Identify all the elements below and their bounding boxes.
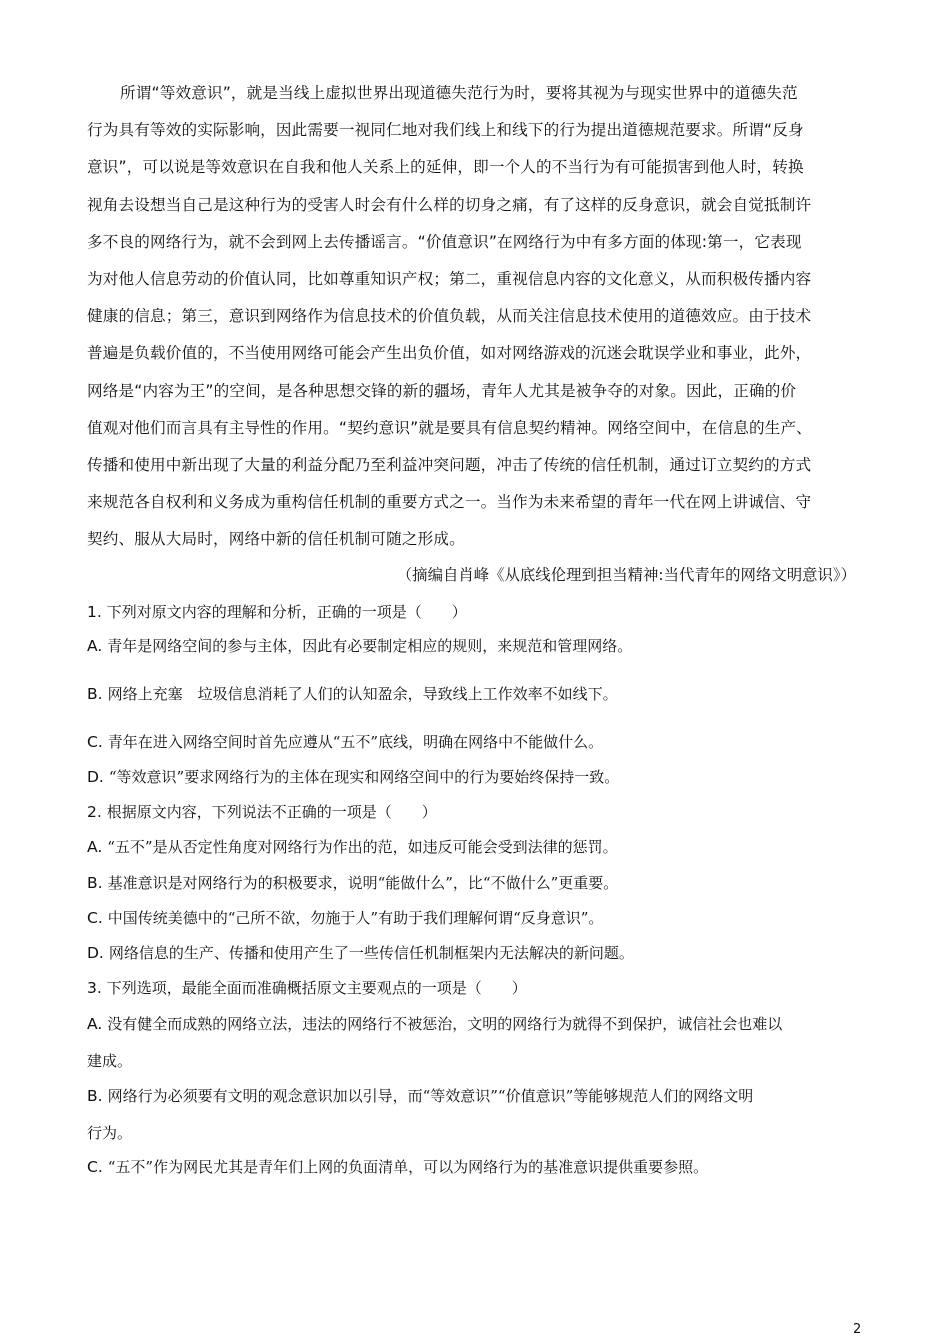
question-3-option-b-continued: 行为。 bbox=[87, 1121, 132, 1145]
question-1-option-b: B.网络上充塞 垃圾信息消耗了人们的认知盈余，导致线上工作效率不如线下。 bbox=[87, 682, 618, 706]
option-text: 网络信息的生产、传播和使用产生了一些传信任机制框架内无法解决的新问题。 bbox=[109, 944, 634, 962]
question-3-option-b: B.网络行为必须要有文明的观念意识加以引导，而“等效意识”“价值意识”等能够规范… bbox=[87, 1084, 753, 1108]
option-text: 没有健全而成熟的网络立法，违法的网络行不被惩治，文明的网络行为就得不到保护，诚信… bbox=[107, 1015, 782, 1033]
passage-line: 健康的信息；第三，意识到网络作为信息技术的价值负载，从而关注信息技术使用的道德效… bbox=[87, 298, 862, 335]
option-text: 基准意识是对网络行为的积极要求，说明“能做什么”，比“不做什么”更重要。 bbox=[108, 874, 619, 892]
passage-line: 所谓“等效意识”，就是当线上虚拟世界出现道德失范行为时，要将其视为与现实世界中的… bbox=[87, 75, 862, 112]
question-text: 根据原文内容，下列说法不正确的一项是（ ） bbox=[107, 803, 437, 821]
passage-line: 普遍是负载价值的，不当使用网络可能会产生出负价值，如对网络游戏的沉迷会耽误学业和… bbox=[87, 335, 862, 372]
reading-passage: 所谓“等效意识”，就是当线上虚拟世界出现道德失范行为时，要将其视为与现实世界中的… bbox=[87, 75, 862, 558]
option-label: C. bbox=[87, 1158, 103, 1176]
option-text: 中国传统美德中的“己所不欲，勿施于人”有助于我们理解何谓“反身意识”。 bbox=[108, 909, 604, 927]
question-3-option-a: A.没有健全而成熟的网络立法，违法的网络行不被惩治，文明的网络行为就得不到保护，… bbox=[87, 1012, 782, 1036]
option-label: B. bbox=[87, 1087, 103, 1105]
option-label: A. bbox=[87, 1015, 102, 1033]
option-label: C. bbox=[87, 909, 103, 927]
option-label: C. bbox=[87, 733, 103, 751]
passage-source-citation: （摘编自肖峰《从底线伦理到担当精神:当代青年的网络文明意识》） bbox=[397, 560, 856, 590]
option-label: D. bbox=[87, 768, 104, 786]
question-1-stem: 1.下列对原文内容的理解和分析，正确的一项是（ ） bbox=[87, 600, 467, 624]
passage-line: 网络是“内容为王”的空间，是各种思想交锋的新的疆场，青年人尤其是被争夺的对象。因… bbox=[87, 373, 862, 410]
option-text: “五不”作为网民尤其是青年们上网的负面清单，可以为网络行为的基准意识提供重要参照… bbox=[108, 1158, 708, 1176]
question-number: 3. bbox=[87, 979, 102, 997]
page-number: 2 bbox=[853, 1322, 861, 1337]
passage-line: 多不良的网络行为，就不会到网上去传播谣言。“价值意识”在网络行为中有多方面的体现… bbox=[87, 224, 862, 261]
passage-line: 为对他人信息劳动的价值认同，比如尊重知识产权；第二，重视信息内容的文化意义，从而… bbox=[87, 261, 862, 298]
question-2-option-b: B.基准意识是对网络行为的积极要求，说明“能做什么”，比“不做什么”更重要。 bbox=[87, 871, 618, 895]
question-2-option-c: C.中国传统美德中的“己所不欲，勿施于人”有助于我们理解何谓“反身意识”。 bbox=[87, 906, 603, 930]
question-number: 1. bbox=[87, 603, 102, 621]
option-label: A. bbox=[87, 637, 102, 655]
option-label: D. bbox=[87, 944, 104, 962]
passage-line: 契约、服从大局时，网络中新的信任机制可随之形成。 bbox=[87, 521, 862, 558]
question-2-stem: 2.根据原文内容，下列说法不正确的一项是（ ） bbox=[87, 800, 437, 824]
option-text: 网络行为必须要有文明的观念意识加以引导，而“等效意识”“价值意识”等能够规范人们… bbox=[108, 1087, 754, 1105]
option-label: A. bbox=[87, 838, 102, 856]
option-label: B. bbox=[87, 685, 103, 703]
option-text: 青年是网络空间的参与主体，因此有必要制定相应的规则，来规范和管理网络。 bbox=[107, 637, 632, 655]
question-3-option-c: C.“五不”作为网民尤其是青年们上网的负面清单，可以为网络行为的基准意识提供重要… bbox=[87, 1155, 708, 1179]
question-1-option-d: D.“等效意识”要求网络行为的主体在现实和网络空间中的行为要始终保持一致。 bbox=[87, 765, 619, 789]
option-text: 青年在进入网络空间时首先应遵从“五不”底线，明确在网络中不能做什么。 bbox=[108, 733, 603, 751]
question-2-option-a: A.“五不”是从否定性角度对网络行为作出的范，如违反可能会受到法律的惩罚。 bbox=[87, 835, 618, 859]
passage-line: 视角去设想当自己是这种行为的受害人时会有什么样的切身之痛，有了这样的反身意识，就… bbox=[87, 187, 862, 224]
question-3-option-a-continued: 建成。 bbox=[87, 1049, 132, 1073]
question-2-option-d: D.网络信息的生产、传播和使用产生了一些传信任机制框架内无法解决的新问题。 bbox=[87, 941, 634, 965]
question-3-stem: 3.下列选项，最能全面而准确概括原文主要观点的一项是（ ） bbox=[87, 976, 527, 1000]
passage-line: 意识”，可以说是等效意识在自我和他人关系上的延伸，即一个人的不当行为有可能损害到… bbox=[87, 149, 862, 186]
question-text: 下列对原文内容的理解和分析，正确的一项是（ ） bbox=[107, 603, 467, 621]
passage-line: 来规范各自权利和义务成为重构信任机制的重要方式之一。当作为未来希望的青年一代在网… bbox=[87, 484, 862, 521]
passage-line: 值观对他们而言具有主导性的作用。“契约意识”就是要具有信息契约精神。网络空间中，… bbox=[87, 410, 862, 447]
document-page: 所谓“等效意识”，就是当线上虚拟世界出现道德失范行为时，要将其视为与现实世界中的… bbox=[0, 0, 950, 1344]
option-text: “等效意识”要求网络行为的主体在现实和网络空间中的行为要始终保持一致。 bbox=[109, 768, 619, 786]
question-1-option-a: A.青年是网络空间的参与主体，因此有必要制定相应的规则，来规范和管理网络。 bbox=[87, 634, 632, 658]
question-number: 2. bbox=[87, 803, 102, 821]
option-text: 网络上充塞 垃圾信息消耗了人们的认知盈余，导致线上工作效率不如线下。 bbox=[108, 685, 618, 703]
option-text: “五不”是从否定性角度对网络行为作出的范，如违反可能会受到法律的惩罚。 bbox=[107, 838, 617, 856]
option-label: B. bbox=[87, 874, 103, 892]
passage-line: 传播和使用中新出现了大量的利益分配乃至利益冲突问题，冲击了传统的信任机制，通过订… bbox=[87, 447, 862, 484]
question-1-option-c: C.青年在进入网络空间时首先应遵从“五不”底线，明确在网络中不能做什么。 bbox=[87, 730, 603, 754]
passage-line: 行为具有等效的实际影响，因此需要一视同仁地对我们线上和线下的行为提出道德规范要求… bbox=[87, 112, 862, 149]
question-text: 下列选项，最能全面而准确概括原文主要观点的一项是（ ） bbox=[107, 979, 527, 997]
